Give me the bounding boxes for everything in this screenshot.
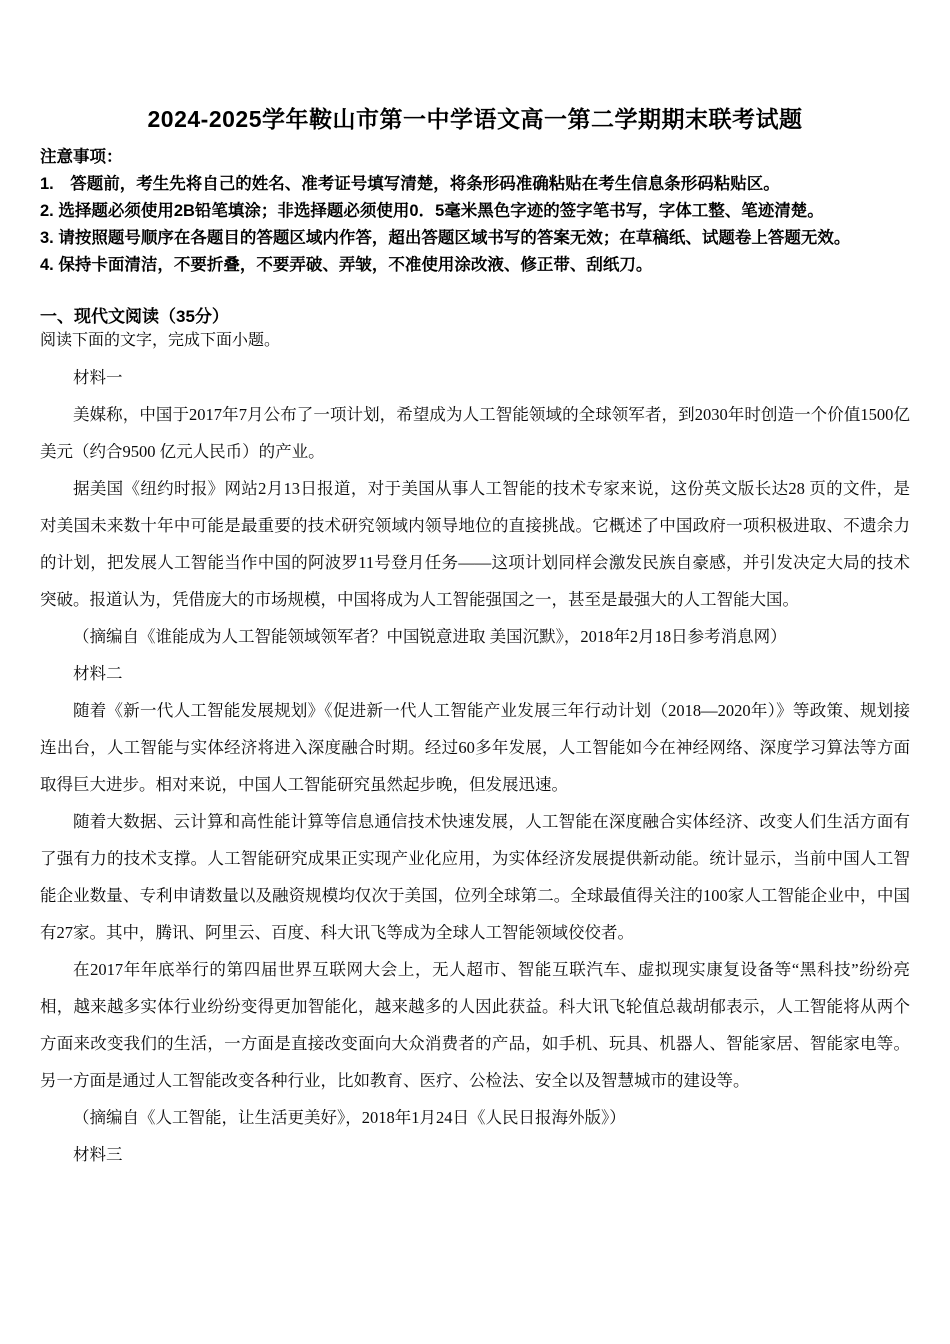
material1-label: 材料一: [40, 359, 910, 396]
material1-paragraph-1: 美媒称，中国于2017年7月公布了一项计划，希望成为人工智能领域的全球领军者，到…: [40, 396, 910, 470]
exam-paper-page: 2024-2025学年鞍山市第一中学语文高一第二学期期末联考试题 注意事项： 1…: [0, 0, 950, 1344]
material2-paragraph-2: 随着大数据、云计算和高性能计算等信息通信技术快速发展，人工智能在深度融合实体经济…: [40, 803, 910, 951]
notice-item-3: 3. 请按照题号顺序在各题目的答题区域内作答，超出答题区域书写的答案无效；在草稿…: [40, 225, 910, 252]
notice-section: 注意事项： 1. 答题前，考生先将自己的姓名、准考证号填写清楚，将条形码准确粘贴…: [40, 144, 910, 279]
material1-paragraph-2: 据美国《纽约时报》网站2月13日报道，对于美国从事人工智能的技术专家来说，这份英…: [40, 470, 910, 618]
notice-item-4: 4. 保持卡面清洁，不要折叠，不要弄破、弄皱，不准使用涂改液、修正带、刮纸刀。: [40, 252, 910, 279]
notice-item-1: 1. 答题前，考生先将自己的姓名、准考证号填写清楚，将条形码准确粘贴在考生信息条…: [40, 171, 910, 198]
section-heading-reading: 一、现代文阅读（35分）: [40, 305, 910, 329]
material2-citation: （摘编自《人工智能，让生活更美好》，2018年1月24日《人民日报海外版》）: [40, 1099, 910, 1136]
notice-heading: 注意事项：: [40, 144, 910, 171]
material1-citation: （摘编自《谁能成为人工智能领域领军者？中国锐意进取 美国沉默》，2018年2月1…: [40, 618, 910, 655]
notice-item-2: 2. 选择题必须使用2B铅笔填涂；非选择题必须使用0．5毫米黑色字迹的签字笔书写…: [40, 198, 910, 225]
page-title: 2024-2025学年鞍山市第一中学语文高一第二学期期末联考试题: [40, 104, 910, 134]
material3-label: 材料三: [40, 1136, 910, 1173]
reading-intro: 阅读下面的文字，完成下面小题。: [40, 329, 910, 353]
material2-label: 材料二: [40, 655, 910, 692]
reading-body: 材料一 美媒称，中国于2017年7月公布了一项计划，希望成为人工智能领域的全球领…: [40, 359, 910, 1173]
material2-paragraph-3: 在2017年年底举行的第四届世界互联网大会上，无人超市、智能互联汽车、虚拟现实康…: [40, 951, 910, 1099]
material2-paragraph-1: 随着《新一代人工智能发展规划》《促进新一代人工智能产业发展三年行动计划（2018…: [40, 692, 910, 803]
